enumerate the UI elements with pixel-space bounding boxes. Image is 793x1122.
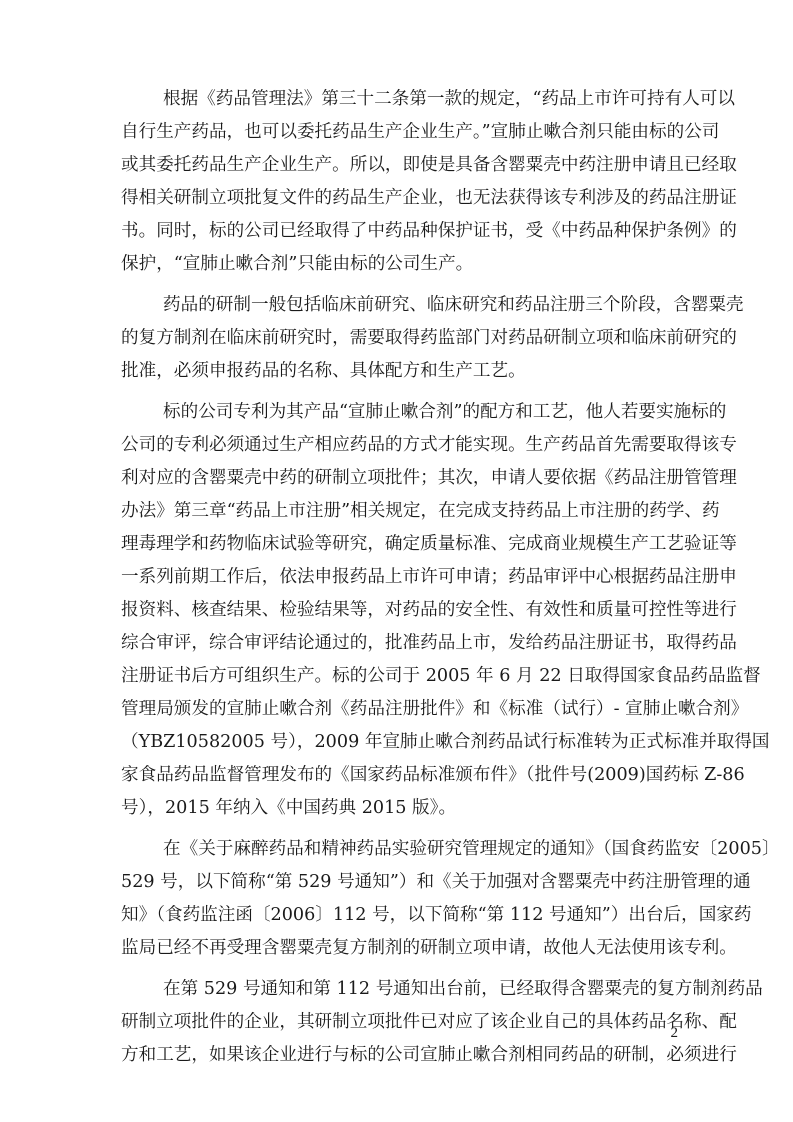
text-line: 理毒理学和药物临床试验等研究，确定质量标准、完成商业规模生产工艺验证等 <box>121 528 673 561</box>
text-line: 注册证书后方可组织生产。标的公司于 2005 年 6 月 22 日取得国家食品药… <box>121 660 673 693</box>
text-line: 根据《药品管理法》第三十二条第一款的规定，“药品上市许可持有人可以 <box>121 83 673 116</box>
paragraph-prior-approvals: 在第 529 号通知和第 112 号通知出台前，已经取得含罂粟壳的复方制剂药品 … <box>121 973 673 1072</box>
text-line: 管理局颁发的宣肺止嗽合剂《药品注册批件》和《标准（试行）- 宣肺止嗽合剂》 <box>121 693 673 726</box>
document-body: 根据《药品管理法》第三十二条第一款的规定，“药品上市许可持有人可以 自行生产药品… <box>121 83 673 1080</box>
text-line: 在第 529 号通知和第 112 号通知出台前，已经取得含罂粟壳的复方制剂药品 <box>121 973 673 1006</box>
paragraph-drug-development-stages: 药品的研制一般包括临床前研究、临床研究和药品注册三个阶段，含罂粟壳 的复方制剂在… <box>121 289 673 388</box>
paragraph-notices-529-112: 在《关于麻醉药品和精神药品实验研究管理规定的通知》（国食药监安〔2005〕 52… <box>121 833 673 965</box>
text-line: 办法》第三章“药品上市注册”相关规定，在完成支持药品上市注册的药学、药 <box>121 495 673 528</box>
text-line: 批准，必须申报药品的名称、具体配方和生产工艺。 <box>121 355 673 388</box>
text-line: 报资料、核查结果、检验结果等，对药品的安全性、有效性和质量可控性等进行 <box>121 594 673 627</box>
text-line: 在《关于麻醉药品和精神药品实验研究管理规定的通知》（国食药监安〔2005〕 <box>121 833 673 866</box>
text-line: 公司的专利必须通过生产相应药品的方式才能实现。生产药品首先需要取得该专 <box>121 429 673 462</box>
text-line: 家食品药品监督管理发布的《国家药品标准颁布件》（批件号(2009)国药标 Z-8… <box>121 759 673 792</box>
text-line: 529 号，以下简称“第 529 号通知”）和《关于加强对含罂粟壳中药注册管理的… <box>121 866 673 899</box>
text-line: 自行生产药品，也可以委托药品生产企业生产。”宣肺止嗽合剂只能由标的公司 <box>121 116 673 149</box>
text-line: 的复方制剂在临床前研究时，需要取得药监部门对药品研制立项和临床前研究的 <box>121 322 673 355</box>
text-line: 综合审评，综合审评结论通过的，批准药品上市，发给药品注册证书，取得药品 <box>121 627 673 660</box>
text-line: 一系列前期工作后，依法申报药品上市许可申请；药品审评中心根据药品注册申 <box>121 561 673 594</box>
text-line: 知》（食药监注函〔2006〕112 号，以下简称“第 112 号通知”）出台后，… <box>121 899 673 932</box>
document-page: 根据《药品管理法》第三十二条第一款的规定，“药品上市许可持有人可以 自行生产药品… <box>0 0 793 1122</box>
text-line: 利对应的含罂粟壳中药的研制立项批件；其次，申请人要依据《药品注册管管理 <box>121 462 673 495</box>
text-line: 保护，“宣肺止嗽合剂”只能由标的公司生产。 <box>121 248 673 281</box>
text-line: 标的公司专利为其产品“宣肺止嗽合剂”的配方和工艺，他人若要实施标的 <box>121 396 673 429</box>
text-line: 研制立项批件的企业，其研制立项批件已对应了该企业自己的具体药品名称、配 <box>121 1006 673 1039</box>
text-line: （YBZ10582005 号），2009 年宣肺止嗽合剂药品试行标准转为正式标准… <box>121 726 673 759</box>
text-line: 或其委托药品生产企业生产。所以，即使是具备含罂粟壳中药注册申请且已经取 <box>121 149 673 182</box>
text-line: 药品的研制一般包括临床前研究、临床研究和药品注册三个阶段，含罂粟壳 <box>121 289 673 322</box>
text-line: 得相关研制立项批复文件的药品生产企业，也无法获得该专利涉及的药品注册证 <box>121 182 673 215</box>
text-line: 监局已经不再受理含罂粟壳复方制剂的研制立项申请，故他人无法使用该专利。 <box>121 932 673 965</box>
paragraph-patent-implementation: 标的公司专利为其产品“宣肺止嗽合剂”的配方和工艺，他人若要实施标的 公司的专利必… <box>121 396 673 825</box>
paragraph-drug-administration-law: 根据《药品管理法》第三十二条第一款的规定，“药品上市许可持有人可以 自行生产药品… <box>121 83 673 281</box>
text-line: 号），2015 年纳入《中国药典 2015 版》。 <box>121 792 673 825</box>
text-line: 方和工艺，如果该企业进行与标的公司宣肺止嗽合剂相同药品的研制，必须进行 <box>121 1039 673 1072</box>
page-number: 2 <box>664 1022 678 1044</box>
text-line: 书。同时，标的公司已经取得了中药品种保护证书，受《中药品种保护条例》的 <box>121 215 673 248</box>
